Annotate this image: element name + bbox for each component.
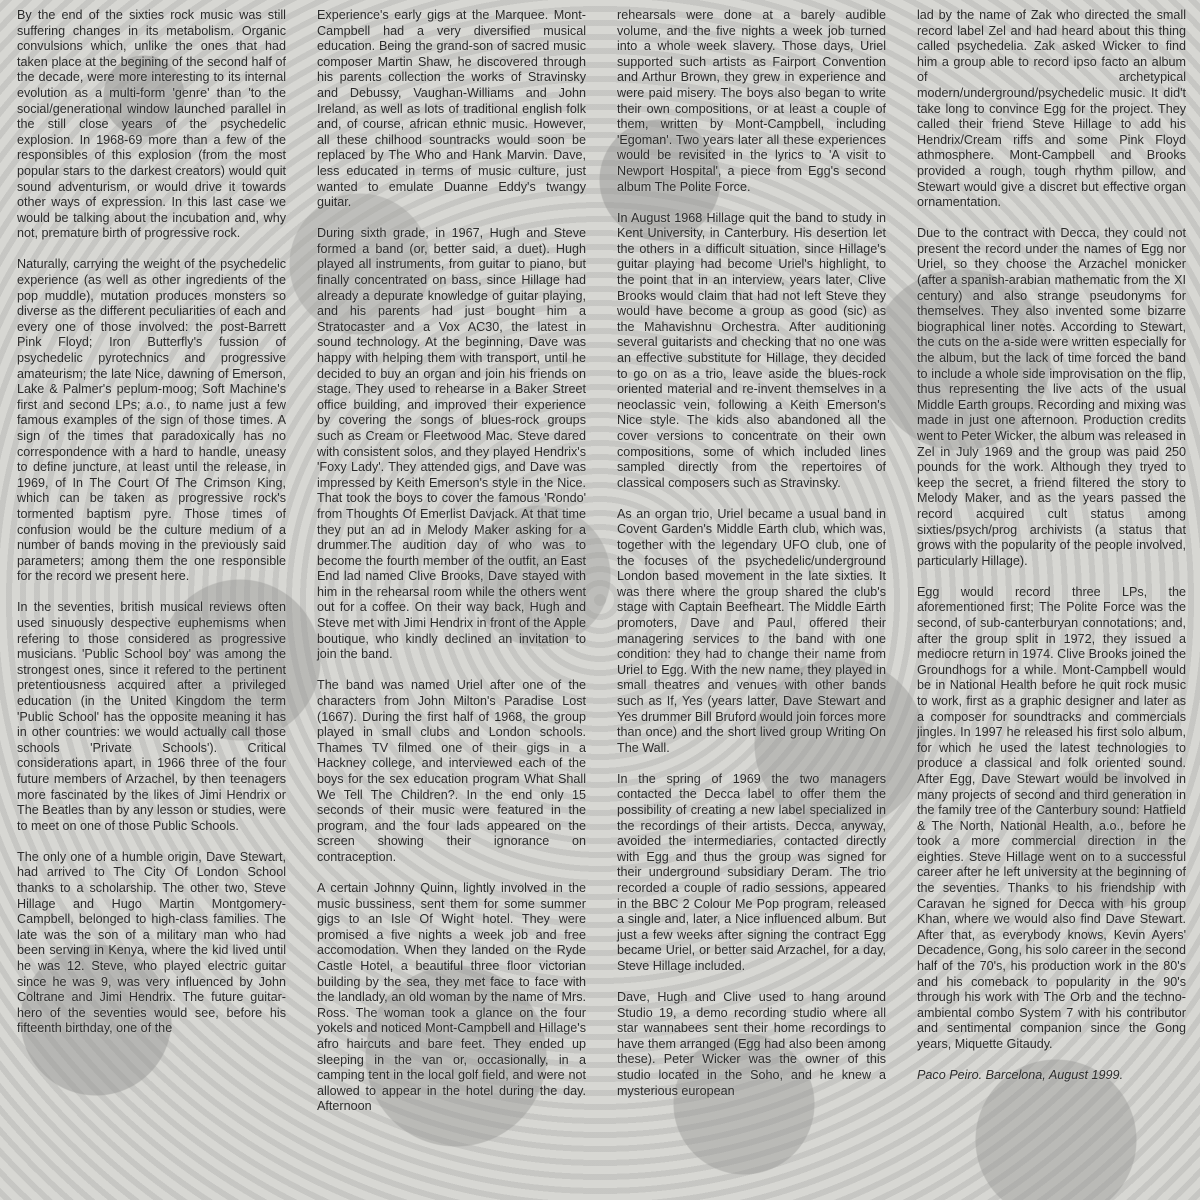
paragraph: rehearsals were done at a barely audible… <box>617 8 886 195</box>
author-signature: Paco Peiro. Barcelona, August 1999. <box>917 1068 1186 1084</box>
text-column-2: Experience's early gigs at the Marquee. … <box>300 0 600 1200</box>
paragraph: As an organ trio, Uriel became a usual b… <box>617 507 886 757</box>
paragraph: By the end of the sixties rock music was… <box>17 8 286 242</box>
paragraph: Dave, Hugh and Clive used to hang around… <box>617 990 886 1099</box>
paragraph: In the spring of 1969 the two managers c… <box>617 772 886 975</box>
paragraph: In August 1968 Hillage quit the band to … <box>617 211 886 492</box>
paragraph: The only one of a humble origin, Dave St… <box>17 850 286 1037</box>
paragraph: Due to the contract with Decca, they cou… <box>917 226 1186 569</box>
paragraph: In the seventies, british musical review… <box>17 600 286 834</box>
text-column-1: By the end of the sixties rock music was… <box>0 0 300 1200</box>
paragraph: lad by the name of Zak who directed the … <box>917 8 1186 211</box>
paragraph: Experience's early gigs at the Marquee. … <box>317 8 586 211</box>
paragraph: A certain Johnny Quinn, lightly involved… <box>317 881 586 1115</box>
text-column-4: lad by the name of Zak who directed the … <box>900 0 1200 1200</box>
paragraph: Naturally, carrying the weight of the ps… <box>17 257 286 584</box>
liner-notes-page: By the end of the sixties rock music was… <box>0 0 1200 1200</box>
text-column-3: rehearsals were done at a barely audible… <box>600 0 900 1200</box>
paragraph: During sixth grade, in 1967, Hugh and St… <box>317 226 586 663</box>
paragraph: Egg would record three LPs, the aforemen… <box>917 585 1186 1053</box>
paragraph: The band was named Uriel after one of th… <box>317 678 586 865</box>
